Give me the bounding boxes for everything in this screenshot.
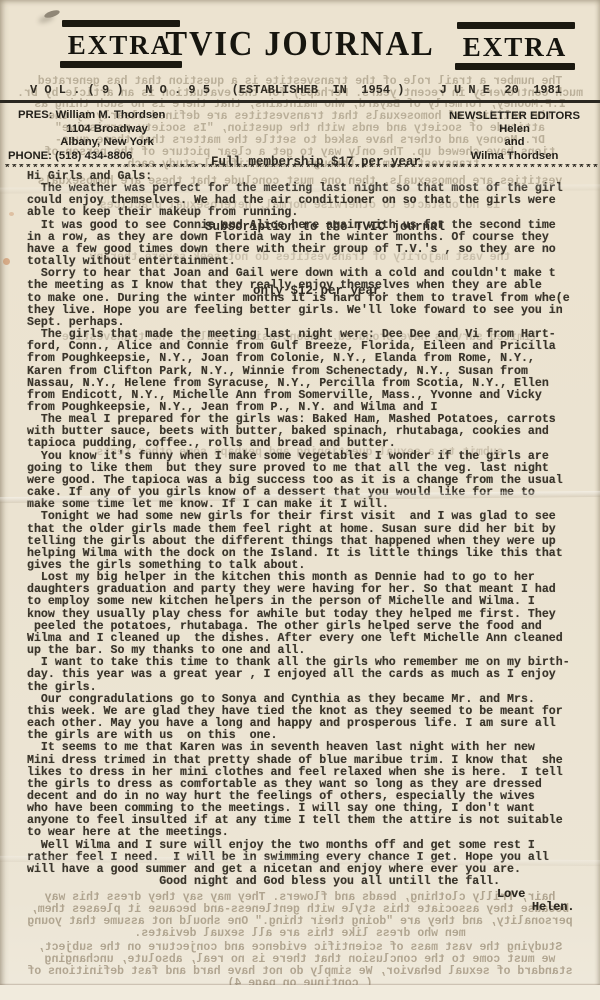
extra-left-bottom-bar <box>60 61 182 68</box>
extra-left-label: EXTRA <box>59 31 181 59</box>
volume-number: V O L . ( 9 ) N O . 9 5 (ESTABLISHEB IN … <box>30 84 404 97</box>
bleed-text-line: we must come to the conclusion that ther… <box>0 954 600 966</box>
editors-block: NEWSLETTER EDITORS Helen and Wilma Thord… <box>437 110 592 163</box>
signature-name: Helen. <box>532 901 574 913</box>
paper-bottom-edge <box>0 985 600 1000</box>
bleed-text-line: men who dress like this are all sexual d… <box>0 928 600 940</box>
president-city: Albany, New York <box>6 136 208 150</box>
bleed-text-line: because they associate this style with g… <box>0 904 600 916</box>
extra-left-top-bar <box>62 20 180 27</box>
editor-name-1: Helen <box>437 123 592 136</box>
bleed-text-line: Studying the vast mass of scientific evi… <box>0 942 600 954</box>
header-rule <box>0 100 600 103</box>
editors-and: and <box>437 136 592 149</box>
volume-line: V O L . ( 9 ) N O . 9 5 (ESTABLISHEB IN … <box>30 84 562 97</box>
editors-heading: NEWSLETTER EDITORS <box>437 110 592 123</box>
extra-right-label: EXTRA <box>454 33 576 61</box>
president-street: 1104 Broadway <box>6 123 208 137</box>
president-block: PRES: William M. Thordsen 1104 Broadway … <box>6 109 208 163</box>
journal-title: TVIC JOURNAL <box>165 26 434 62</box>
president-name: PRES: William M. Thordsen <box>18 109 208 123</box>
bleed-text-line: personality, and they are "doing their t… <box>0 916 600 928</box>
ink-smudge <box>43 9 60 20</box>
bleed-text-line: standard of sexual behavior, We simply d… <box>0 966 600 978</box>
newsletter-page: The number a trail role of the transvest… <box>0 0 600 1000</box>
issue-date: J U N E 20 1981 <box>440 84 562 97</box>
editor-name-2: Wilma Thordsen <box>437 150 592 163</box>
extra-right-bottom-bar <box>455 63 575 70</box>
extra-right-top-bar <box>457 22 575 29</box>
rust-stain <box>3 258 10 265</box>
president-phone: PHONE: (518) 434-8806 <box>8 150 208 164</box>
rust-stain <box>9 212 14 216</box>
valediction: Love <box>497 888 525 900</box>
letter-body: Hi Girls and Gals: The weather was perfe… <box>27 171 570 888</box>
